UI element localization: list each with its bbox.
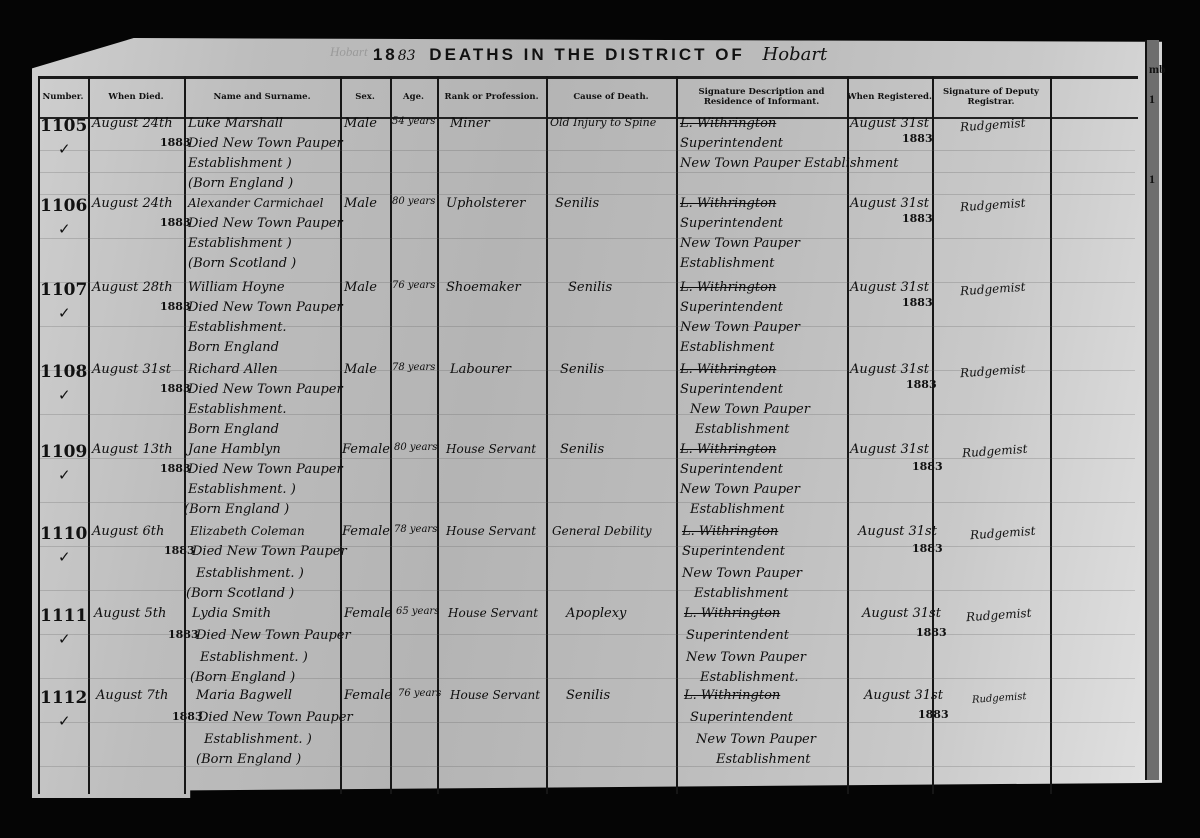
registrar-signature: Rudgemist — [960, 280, 1025, 298]
profession: House Servant — [448, 606, 538, 620]
name-note: Establishment. — [188, 402, 287, 417]
informant-line: Establishment — [694, 586, 788, 601]
registrar-signature: Rudgemist — [960, 362, 1025, 380]
sex: Male — [344, 116, 377, 131]
informant-line: Superintendent — [686, 628, 789, 643]
name-note: (Born Scotland ) — [188, 256, 296, 271]
name-note: (Born England ) — [196, 752, 301, 767]
registered-year: 1883 — [912, 542, 943, 555]
informant-line: Superintendent — [680, 300, 783, 315]
name-note: Born England — [188, 422, 279, 437]
check-mark-icon: ✓ — [58, 304, 71, 323]
header-cause: Cause of Death. — [546, 80, 676, 116]
profession: Miner — [450, 116, 490, 131]
check-mark-icon: ✓ — [58, 712, 71, 731]
entry-number: 1111 — [40, 606, 87, 626]
name-note: Establishment. — [188, 320, 287, 335]
register-year: 1883 — [373, 45, 416, 64]
name-note: (Born England ) — [188, 176, 293, 191]
adjacent-page-edge: mb 1 1 — [1145, 40, 1159, 780]
registrar-signature: Rudgemist — [960, 196, 1025, 214]
informant-line: Establishment — [695, 422, 789, 437]
name-note: Establishment. ) — [196, 566, 304, 581]
age: 78 years — [392, 362, 435, 373]
profession: House Servant — [446, 524, 536, 538]
name-note: Establishment. ) — [204, 732, 312, 747]
registered-date: August 31st — [850, 196, 929, 211]
death-year: 1883 — [168, 628, 199, 641]
header-sex: Sex. — [340, 80, 390, 116]
sex: Female — [344, 606, 392, 621]
profession: House Servant — [450, 688, 540, 702]
name-note: (Born England ) — [184, 502, 289, 517]
registered-date: August 31st — [864, 688, 943, 703]
informant-line: New Town Pauper Establishment — [680, 156, 899, 171]
registered-year: 1883 — [902, 212, 933, 225]
entry-number: 1109 — [40, 442, 87, 462]
ruled-line — [40, 172, 1135, 173]
header-name: Name and Surname. — [184, 80, 340, 116]
informant-line: Superintendent — [680, 382, 783, 397]
name-note: Died New Town Pauper — [198, 710, 353, 725]
name-note: Establishment. ) — [188, 482, 296, 497]
informant-line: New Town Pauper — [696, 732, 816, 747]
column-divider — [88, 76, 90, 794]
age: 76 years — [398, 688, 441, 699]
deceased-name: Luke Marshall — [188, 116, 283, 131]
informant-line: New Town Pauper — [690, 402, 810, 417]
check-mark-icon: ✓ — [58, 140, 71, 159]
name-note: Died New Town Pauper — [188, 382, 343, 397]
death-year: 1883 — [160, 216, 191, 229]
profession: Shoemaker — [446, 280, 521, 295]
informant-line: Establishment — [680, 340, 774, 355]
informant-signature: L. Withrington — [680, 280, 776, 295]
profession: Labourer — [450, 362, 511, 377]
death-year: 1883 — [160, 136, 191, 149]
header-number: Number. — [38, 80, 88, 116]
informant-signature: L. Withrington — [682, 524, 778, 539]
sex: Male — [344, 196, 377, 211]
name-note: Establishment. ) — [200, 650, 308, 665]
name-note: Born England — [188, 340, 279, 355]
informant-line: New Town Pauper — [682, 566, 802, 581]
cause-of-death: Apoplexy — [566, 606, 626, 621]
column-divider — [1050, 76, 1052, 794]
informant-line: Establishment — [716, 752, 810, 767]
age: 80 years — [392, 196, 435, 207]
informant-line: Establishment. — [700, 670, 799, 685]
deceased-name: Maria Bagwell — [196, 688, 292, 703]
header-registered: When Registered. — [847, 80, 932, 116]
deceased-name: Alexander Carmichael — [188, 196, 323, 210]
cause-of-death: Senilis — [568, 280, 612, 295]
title-text: DEATHS IN THE DISTRICT OF — [429, 45, 745, 64]
deceased-name: Richard Allen — [188, 362, 278, 377]
registered-date: August 31st — [862, 606, 941, 621]
entry-number: 1110 — [40, 524, 87, 544]
death-year: 1883 — [160, 300, 191, 313]
entry-number: 1105 — [40, 116, 87, 136]
edge-label: 1 — [1149, 172, 1155, 187]
header-age: Age. — [390, 80, 437, 116]
entry-number: 1108 — [40, 362, 87, 382]
name-note: (Born England ) — [190, 670, 295, 685]
registrar-signature: Rudgemist — [962, 442, 1027, 460]
death-year: 1883 — [164, 544, 195, 557]
column-divider — [38, 76, 40, 794]
registered-date: August 31st — [850, 442, 929, 457]
column-divider — [676, 76, 678, 794]
death-date: August 31st — [92, 362, 171, 377]
death-date: August 24th — [92, 116, 173, 131]
cause-of-death: Senilis — [560, 442, 604, 457]
informant-line: New Town Pauper — [680, 482, 800, 497]
deceased-name: Elizabeth Coleman — [190, 524, 305, 538]
registered-date: August 31st — [850, 116, 929, 131]
district-name: Hobart — [763, 44, 828, 65]
profession: Upholsterer — [446, 196, 525, 211]
death-date: August 7th — [96, 688, 168, 703]
name-note: Died New Town Pauper — [188, 216, 343, 231]
registered-year: 1883 — [902, 132, 933, 145]
cause-of-death: Senilis — [555, 196, 599, 211]
registrar-signature: Rudgemist — [960, 116, 1025, 134]
death-date: August 13th — [92, 442, 173, 457]
registered-date: August 31st — [850, 280, 929, 295]
informant-line: Establishment — [690, 502, 784, 517]
sex: Male — [344, 362, 377, 377]
check-mark-icon: ✓ — [58, 630, 71, 649]
entry-number: 1112 — [40, 688, 87, 708]
registered-year: 1883 — [916, 626, 947, 639]
registrar-signature: Rudgemist — [966, 606, 1031, 624]
informant-line: Superintendent — [690, 710, 793, 725]
entry-number: 1107 — [40, 280, 87, 300]
name-note: Died New Town Pauper — [188, 300, 343, 315]
registered-year: 1883 — [906, 378, 937, 391]
registrar-signature: Rudgemist — [972, 688, 1027, 706]
sex: Female — [342, 442, 390, 457]
registered-year: 1883 — [902, 296, 933, 309]
column-divider — [390, 76, 392, 794]
ruled-line — [40, 194, 1135, 195]
death-year: 1883 — [160, 462, 191, 475]
deceased-name: William Hoyne — [188, 280, 285, 295]
informant-line: Establishment — [680, 256, 774, 271]
name-note: Establishment ) — [188, 156, 292, 171]
name-note: Establishment ) — [188, 236, 292, 251]
informant-signature: L. Withrington — [680, 442, 776, 457]
cause-of-death: Old Injury to Spine — [550, 116, 656, 129]
informant-signature: L. Withrington — [684, 688, 780, 703]
name-note: Died New Town Pauper — [188, 136, 343, 151]
column-divider — [184, 76, 186, 794]
death-date: August 28th — [92, 280, 173, 295]
registered-date: August 31st — [850, 362, 929, 377]
column-divider — [437, 76, 439, 794]
header-registrar: Signature of Deputy Registrar. — [932, 80, 1050, 116]
informant-signature: L. Withrington — [684, 606, 780, 621]
check-mark-icon: ✓ — [58, 466, 71, 485]
death-date: August 6th — [92, 524, 164, 539]
informant-line: Superintendent — [680, 136, 783, 151]
informant-line: New Town Pauper — [686, 650, 806, 665]
informant-signature: L. Withrington — [680, 362, 776, 377]
check-mark-icon: ✓ — [58, 220, 71, 239]
column-divider — [340, 76, 342, 794]
column-divider — [546, 76, 548, 794]
name-note: Died New Town Pauper — [196, 628, 351, 643]
name-note: (Born Scotland ) — [186, 586, 294, 601]
edge-label: 1 — [1149, 92, 1155, 107]
informant-line: New Town Pauper — [680, 236, 800, 251]
age: 78 years — [394, 524, 437, 535]
deceased-name: Jane Hamblyn — [188, 442, 281, 457]
registered-year: 1883 — [918, 708, 949, 721]
cause-of-death: General Debility — [552, 524, 652, 538]
age: 80 years — [394, 442, 437, 453]
deceased-name: Lydia Smith — [192, 606, 271, 621]
entry-number: 1106 — [40, 196, 87, 216]
cause-of-death: Senilis — [560, 362, 604, 377]
informant-signature: L. Withrington — [680, 196, 776, 211]
check-mark-icon: ✓ — [58, 548, 71, 567]
age: 65 years — [396, 606, 439, 617]
sex: Female — [342, 524, 390, 539]
age: 76 years — [392, 280, 435, 291]
header-when-died: When Died. — [88, 80, 184, 116]
name-note: Died New Town Pauper — [192, 544, 347, 559]
header-profession: Rank or Profession. — [437, 80, 546, 116]
column-divider — [847, 76, 849, 794]
header-informant: Signature Description and Residence of I… — [676, 80, 847, 116]
informant-line: New Town Pauper — [680, 320, 800, 335]
check-mark-icon: ✓ — [58, 386, 71, 405]
sex: Male — [344, 280, 377, 295]
death-date: August 5th — [94, 606, 166, 621]
informant-line: Superintendent — [682, 544, 785, 559]
profession: House Servant — [446, 442, 536, 456]
death-year: 1883 — [160, 382, 191, 395]
informant-line: Superintendent — [680, 462, 783, 477]
death-date: August 24th — [92, 196, 173, 211]
informant-line: Superintendent — [680, 216, 783, 231]
name-note: Died New Town Pauper — [188, 462, 343, 477]
sex: Female — [344, 688, 392, 703]
column-divider — [932, 76, 934, 794]
informant-signature: L. Withrington — [680, 116, 776, 131]
registered-date: August 31st — [858, 524, 937, 539]
page-title: 1883 DEATHS IN THE DISTRICT OF Hobart — [0, 44, 1200, 65]
registrar-signature: Rudgemist — [970, 524, 1035, 542]
cause-of-death: Senilis — [566, 688, 610, 703]
registered-year: 1883 — [912, 460, 943, 473]
age: 54 years — [392, 116, 435, 127]
